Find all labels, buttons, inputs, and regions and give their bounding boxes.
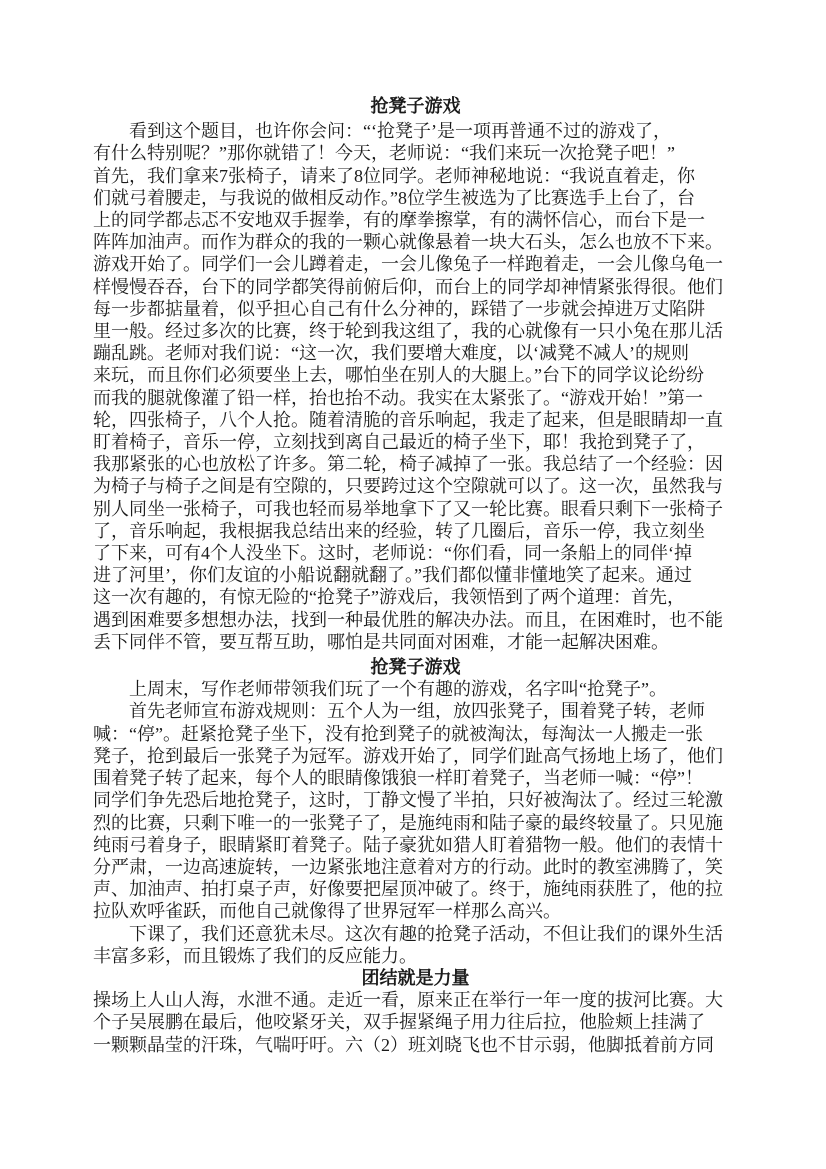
text-line: 来玩，而且你们必须要坐上去，哪怕坐在别人的大腿上。”台下的同学议论纷纷	[93, 364, 738, 386]
text-line: 而我的腿就像灌了铅一样，抬也抬不动。我实在太紧张了。“游戏开始！”第一	[93, 387, 738, 409]
essay-title: 团结就是力量	[93, 967, 738, 989]
document-page: 抢凳子游戏 看到这个题目，也许你会问：“‘抢凳子’是一项再普通不过的游戏了，有什…	[0, 0, 826, 1169]
text-line: 拉队欢呼雀跃，而他自己就像得了世界冠军一样那么高兴。	[93, 900, 738, 922]
text-line: 每一步都掂量着，似乎担心自己有什么分神的，踩错了一步就会掉进万丈陷阱	[93, 298, 738, 320]
text-line: 丰富多彩，而且锻炼了我们的反应能力。	[93, 945, 738, 967]
text-line: 个子吴展鹏在最后，他咬紧牙关，双手握紧绳子用力往后拉，他脸颊上挂满了	[93, 1011, 738, 1033]
text-line: 进了河里’，你们友谊的小船说翻就翻了。”我们都似懂非懂地笑了起来。通过	[93, 564, 738, 586]
text-line: 看到这个题目，也许你会问：“‘抢凳子’是一项再普通不过的游戏了，	[93, 120, 738, 142]
text-line: 上周末，写作老师带领我们玩了一个有趣的游戏，名字叫“抢凳子”。	[93, 678, 738, 700]
text-line: 纯雨弓着身子，眼睛紧盯着凳子。陆子豪犹如猎人盯着猎物一般。他们的表情十	[93, 834, 738, 856]
text-line: 样慢慢吞吞，台下的同学都笑得前俯后仰，而台上的同学却神情紧张得很。他们	[93, 276, 738, 298]
text-line: 遇到困难要多想想办法，找到一种最优胜的解决办法。而且，在困难时，也不能	[93, 609, 738, 631]
text-line: 声、加油声、拍打桌子声，好像要把屋顶冲破了。终于，施纯雨获胜了，他的拉	[93, 878, 738, 900]
text-line: 这一次有趣的，有惊无险的“抢凳子”游戏后，我领悟到了两个道理：首先，	[93, 586, 738, 608]
text-line: 轮，四张椅子，八个人抢。随着清脆的音乐响起，我走了起来，但是眼睛却一直	[93, 409, 738, 431]
text-line: 喊：“停”。赶紧抢凳子坐下，没有抢到凳子的就被淘汰，每淘汰一人搬走一张	[93, 723, 738, 745]
text-line: 首先，我们拿来7张椅子，请来了8位同学。老师神秘地说：“我说直着走，你	[93, 165, 738, 187]
text-line: 别人同坐一张椅子，可我也轻而易举地拿下了又一轮比赛。眼看只剩下一张椅子	[93, 498, 738, 520]
document-content: 抢凳子游戏 看到这个题目，也许你会问：“‘抢凳子’是一项再普通不过的游戏了，有什…	[93, 95, 738, 1056]
text-line: 了下来，可有4个人没坐下。这时，老师说：“你们看，同一条船上的同伴‘掉	[93, 542, 738, 564]
text-line: 们就弓着腰走，与我说的做相反动作。”8位学生被选为了比赛选手上台了，台	[93, 187, 738, 209]
text-line: 凳子，抢到最后一张凳子为冠军。游戏开始了，同学们趾高气扬地上场了，他们	[93, 745, 738, 767]
text-line: 首先老师宣布游戏规则：五个人为一组，放四张凳子，围着凳子转，老师	[93, 700, 738, 722]
text-line: 蹦乱跳。老师对我们说：“这一次，我们要增大难度，以‘减凳不减人’的规则	[93, 342, 738, 364]
essay-title: 抢凳子游戏	[93, 656, 738, 678]
essay-title: 抢凳子游戏	[93, 95, 738, 117]
text-line: 为椅子与椅子之间是有空隙的，只要跨过这个空隙就可以了。这一次，虽然我与	[93, 475, 738, 497]
text-line: 了，音乐响起，我根据我总结出来的经验，转了几圈后，音乐一停，我立刻坐	[93, 520, 738, 542]
text-line: 阵阵加油声。而作为群众的我的一颗心就像悬着一块大石头，怎么也放不下来。	[93, 231, 738, 253]
text-line: 我那紧张的心也放松了许多。第二轮，椅子减掉了一张。我总结了一个经验：因	[93, 453, 738, 475]
text-line: 同学们争先恐后地抢凳子，这时，丁静文慢了半拍，只好被淘汰了。经过三轮激	[93, 789, 738, 811]
essay-1: 抢凳子游戏 看到这个题目，也许你会问：“‘抢凳子’是一项再普通不过的游戏了，有什…	[93, 95, 738, 653]
text-line: 盯着椅子，音乐一停，立刻找到离自己最近的椅子坐下，耶！我抢到凳子了，	[93, 431, 738, 453]
text-line: 有什么特别呢？”那你就错了！今天，老师说：“我们来玩一次抢凳子吧！”	[93, 142, 738, 164]
text-line: 一颗颗晶莹的汗珠，气喘吁吁。六（2）班刘晓飞也不甘示弱，他脚抵着前方同	[93, 1034, 738, 1056]
essay-2: 抢凳子游戏 上周末，写作老师带领我们玩了一个有趣的游戏，名字叫“抢凳子”。 首先…	[93, 656, 738, 967]
text-line: 丢下同伴不管，要互帮互助，哪怕是共同面对困难，才能一起解决困难。	[93, 631, 738, 653]
text-line: 游戏开始了。同学们一会儿蹲着走，一会儿像兔子一样跑着走，一会儿像乌龟一	[93, 253, 738, 275]
text-line: 烈的比赛，只剩下唯一的一张凳子了，是施纯雨和陆子豪的最终较量了。只见施	[93, 812, 738, 834]
essay-3: 团结就是力量操场上人山人海，水泄不通。走近一看，原来正在举行一年一度的拔河比赛。…	[93, 967, 738, 1056]
text-line: 下课了，我们还意犹未尽。这次有趣的抢凳子活动，不但让我们的课外生活	[93, 923, 738, 945]
text-line: 分严肃，一边高速旋转，一边紧张地注意着对方的行动。此时的教室沸腾了，笑	[93, 856, 738, 878]
text-line: 操场上人山人海，水泄不通。走近一看，原来正在举行一年一度的拔河比赛。大	[93, 989, 738, 1011]
text-line: 上的同学都忐忑不安地双手握拳，有的摩拳擦掌，有的满怀信心，而台下是一	[93, 209, 738, 231]
text-line: 围着凳子转了起来，每个人的眼睛像饿狼一样盯着凳子，当老师一喊：“停”！	[93, 767, 738, 789]
text-line: 里一般。经过多次的比赛，终于轮到我这组了，我的心就像有一只小兔在那儿活	[93, 320, 738, 342]
